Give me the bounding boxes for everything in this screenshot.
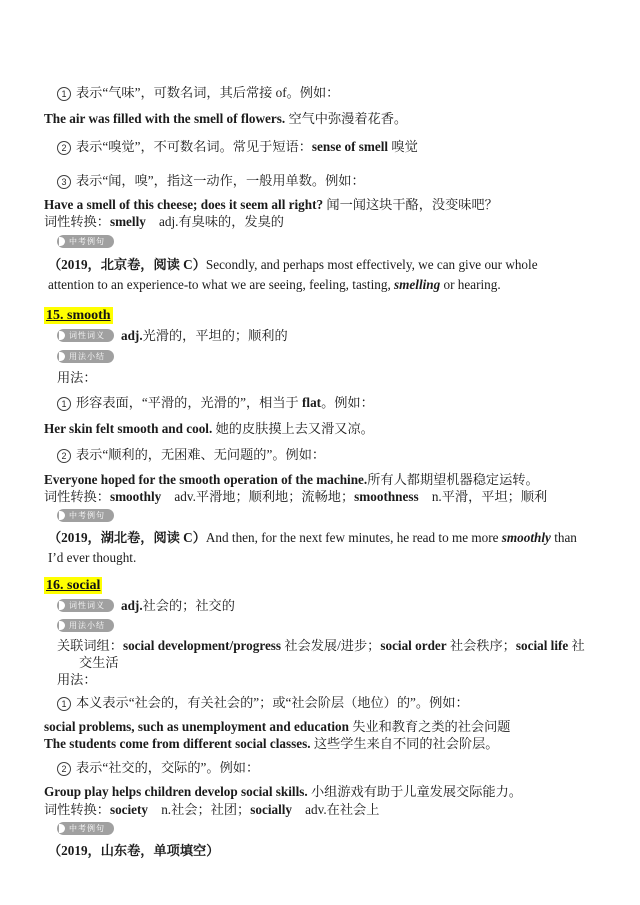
pos-conversion-line: 词性转换：society n.社会；社团；socially adv.在社会上 — [44, 801, 586, 818]
example-line: Her skin felt smooth and cool. 她的皮肤摸上去又滑… — [44, 420, 586, 437]
text-run: 表示“气味”，可数名词，其后常接 of。例如： — [76, 85, 339, 100]
tag-badge-line: 用法小结 — [57, 617, 586, 634]
text-run: social development/progress — [123, 638, 281, 653]
circled-number-icon: 2 — [57, 762, 71, 776]
word-heading: 15. smooth — [44, 307, 113, 324]
text-run: 词性转换： — [44, 802, 110, 817]
tag-badge: 词性词义 — [57, 599, 114, 612]
exam-sentence-line: （2019，湖北卷，阅读 C）And then, for the next fe… — [48, 528, 586, 568]
text-run: 表示“顺利的，无困难、无问题的”。例如： — [76, 447, 325, 462]
usage-point-line: 2表示“嗅觉”，不可数名词。常见于短语：sense of smell 嗅觉 — [57, 138, 586, 155]
text-run: 小组游戏有助于儿童发展交际能力。 — [308, 784, 522, 799]
word-heading-line: 15. smooth — [44, 306, 586, 324]
text-run: flat — [302, 395, 321, 410]
text-run: smelling — [394, 277, 440, 292]
text-run: sense of smell — [312, 139, 388, 154]
circled-number-icon: 2 — [57, 449, 71, 463]
text-run: And then, for the next few minutes, he r… — [206, 530, 502, 545]
tag-badge: 中考例句 — [57, 822, 114, 835]
text-run: adj. — [121, 598, 143, 613]
text-run: 表示“社交的，交际的”。例如： — [76, 760, 259, 775]
usage-point-line: 1本义表示“社会的，有关社会的”；或“社会阶层（地位）的”。例如： — [57, 694, 586, 711]
word-heading-line: 16. social — [44, 576, 586, 594]
text-run: social life — [516, 638, 568, 653]
text-run: 词性转换： — [44, 214, 110, 229]
word-heading: 16. social — [44, 577, 102, 594]
text-run: （2019，湖北卷，阅读 C） — [48, 530, 206, 545]
usage-point-line: 2表示“社交的，交际的”。例如： — [57, 759, 586, 776]
text-run: 闻一闻这块干酪，没变味吧？ — [323, 197, 498, 212]
example-line: Everyone hoped for the smooth operation … — [44, 471, 586, 488]
tag-badge: 用法小结 — [57, 350, 114, 363]
text-run: society — [110, 802, 148, 817]
usage-label-line: 用法： — [57, 671, 586, 688]
example-line: The students come from different social … — [44, 735, 586, 752]
text-run: Everyone hoped for the smooth operation … — [44, 472, 367, 487]
text-run: （2019，北京卷，阅读 C） — [48, 257, 206, 272]
text-run: n.平滑，平坦；顺利 — [419, 489, 548, 504]
text-run: smoothly — [110, 489, 161, 504]
example-line: social problems, such as unemployment an… — [44, 718, 586, 735]
tag-badge: 用法小结 — [57, 619, 114, 632]
text-run: 社会秩序； — [447, 638, 516, 653]
text-run: 她的皮肤摸上去又滑又凉。 — [212, 421, 374, 436]
example-line: The air was filled with the smell of flo… — [44, 110, 586, 127]
text-run: 用法： — [57, 370, 97, 385]
text-run: smelly — [110, 214, 146, 229]
text-run: 这些学生来自不同的社会阶层。 — [311, 736, 499, 751]
text-run: 表示“闻，嗅”，指这一动作，一般用单数。例如： — [76, 173, 365, 188]
text-run: 形容表面，“平滑的，光滑的”，相当于 — [76, 395, 302, 410]
text-run: 关联词组： — [57, 638, 123, 653]
text-run: 所有人都期望机器稳定运转。 — [367, 472, 538, 487]
text-run: 社会发展/进步； — [281, 638, 380, 653]
exam-sentence-line: （2019，山东卷，单项填空） — [48, 841, 586, 861]
text-run: 嗅觉 — [388, 139, 418, 154]
tag-badge-line: 中考例句 — [57, 820, 586, 837]
usage-point-line: 1表示“气味”，可数名词，其后常接 of。例如： — [57, 84, 586, 101]
collocation-line: 关联词组：social development/progress 社会发展/进步… — [57, 637, 586, 671]
tag-badge-line: 用法小结 — [57, 348, 586, 365]
pos-conversion-line: 词性转换：smelly adj.有臭味的，发臭的 — [44, 213, 586, 230]
exam-sentence-line: （2019，北京卷，阅读 C）Secondly, and perhaps mos… — [48, 255, 586, 295]
text-run: 空气中弥漫着花香。 — [285, 111, 407, 126]
text-run: 失业和教育之类的社会问题 — [349, 719, 511, 734]
text-run: adj. — [121, 328, 143, 343]
text-run: socially — [250, 802, 292, 817]
text-run: 表示“嗅觉”，不可数名词。常见于短语： — [76, 139, 312, 154]
text-run: （2019，山东卷，单项填空） — [48, 843, 219, 858]
text-run: social problems, such as unemployment an… — [44, 719, 349, 734]
usage-label-line: 用法： — [57, 369, 586, 386]
text-run: n.社会；社团； — [148, 802, 250, 817]
circled-number-icon: 1 — [57, 87, 71, 101]
tag-badge-line: 中考例句 — [57, 507, 586, 524]
text-run: smoothly — [502, 530, 551, 545]
text-run: The air was filled with the smell of flo… — [44, 111, 285, 126]
text-run: adj.有臭味的，发臭的 — [146, 214, 284, 229]
circled-number-icon: 3 — [57, 175, 71, 189]
circled-number-icon: 1 — [57, 397, 71, 411]
tag-badge-line: 中考例句 — [57, 233, 586, 250]
text-run: social order — [380, 638, 446, 653]
pos-conversion-line: 词性转换：smoothly adv.平滑地；顺利地；流畅地；smoothness… — [44, 488, 586, 505]
example-line: Group play helps children develop social… — [44, 783, 586, 800]
circled-number-icon: 1 — [57, 697, 71, 711]
circled-number-icon: 2 — [57, 141, 71, 155]
text-run: The students come from different social … — [44, 736, 311, 751]
text-run: 用法： — [57, 672, 97, 687]
text-run: 本义表示“社会的，有关社会的”；或“社会阶层（地位）的”。例如： — [76, 695, 469, 710]
text-run: Her skin felt smooth and cool. — [44, 421, 212, 436]
text-run: 。例如： — [321, 395, 374, 410]
document-page: 1表示“气味”，可数名词，其后常接 of。例如：The air was fill… — [0, 0, 640, 905]
text-run: adv.在社会上 — [292, 802, 379, 817]
text-run: or hearing. — [440, 277, 500, 292]
pos-meaning-line: 词性词义adj.光滑的，平坦的；顺利的 — [57, 327, 586, 344]
usage-point-line: 2表示“顺利的，无困难、无问题的”。例如： — [57, 446, 586, 463]
text-run: Group play helps children develop social… — [44, 784, 308, 799]
example-line: Have a smell of this cheese; does it see… — [44, 196, 586, 213]
usage-point-line: 3表示“闻，嗅”，指这一动作，一般用单数。例如： — [57, 172, 586, 189]
text-run: 词性转换： — [44, 489, 110, 504]
usage-point-line: 1形容表面，“平滑的，光滑的”，相当于 flat。例如： — [57, 394, 586, 411]
tag-badge: 中考例句 — [57, 235, 114, 248]
tag-badge: 词性词义 — [57, 329, 114, 342]
text-run: Have a smell of this cheese; does it see… — [44, 197, 323, 212]
tag-badge: 中考例句 — [57, 509, 114, 522]
text-run: 光滑的，平坦的；顺利的 — [143, 328, 288, 343]
text-run: smoothness — [354, 489, 418, 504]
text-run: 社会的；社交的 — [143, 598, 235, 613]
pos-meaning-line: 词性词义adj.社会的；社交的 — [57, 597, 586, 614]
text-run: adv.平滑地；顺利地；流畅地； — [161, 489, 354, 504]
